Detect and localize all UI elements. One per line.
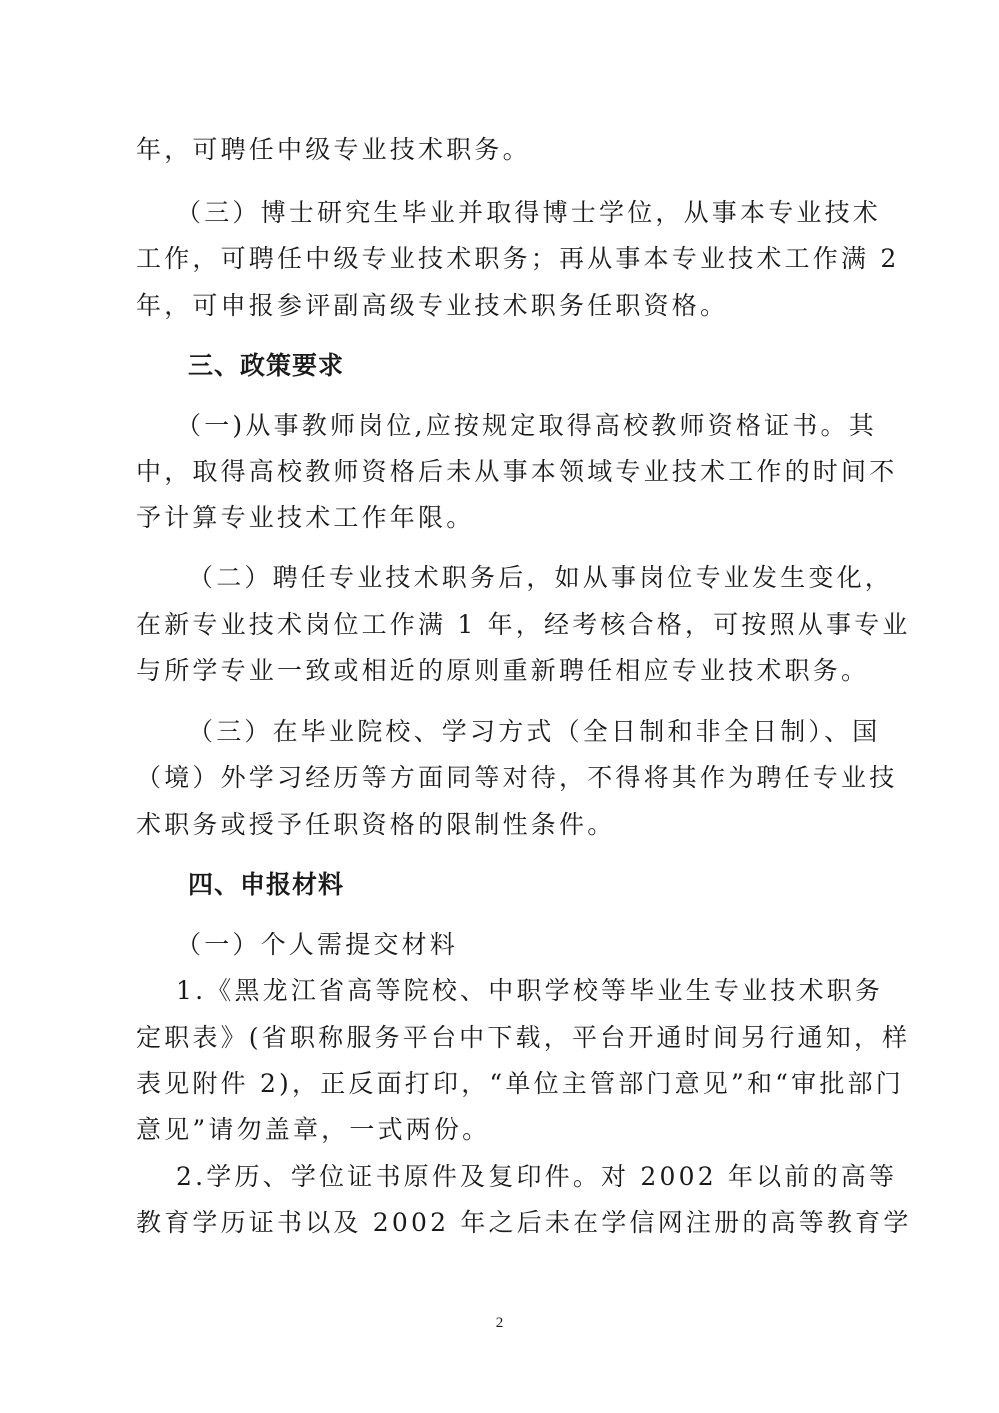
body-line: 工作，可聘任中级专业技术职务；再从事本专业技术工作满 2 bbox=[136, 243, 866, 275]
subsection-heading: （一）个人需提交材料 bbox=[176, 929, 866, 961]
body-line: 中，取得高校教师资格后未从事本领域专业技术工作的时间不 bbox=[136, 456, 866, 488]
body-line: （三）在毕业院校、学习方式（全日制和非全日制）、国 bbox=[188, 716, 866, 748]
section-heading-policy: 三、政策要求 bbox=[188, 350, 918, 382]
body-line: 年，可申报参评副高级专业技术职务任职资格。 bbox=[136, 290, 866, 322]
body-line: 定职表》(省职称服务平台中下载，平台开通时间另行通知，样 bbox=[136, 1022, 866, 1054]
body-line: （三）博士研究生毕业并取得博士学位，从事本专业技术 bbox=[176, 197, 866, 229]
body-line: 予计算专业技术工作年限。 bbox=[136, 502, 866, 534]
body-line: 与所学专业一致或相近的原则重新聘任相应专业技术职务。 bbox=[136, 655, 866, 687]
body-line: 在新专业技术岗位工作满 1 年，经考核合格，可按照从事专业 bbox=[136, 609, 866, 641]
body-line: （境）外学习经历等方面同等对待，不得将其作为聘任专业技 bbox=[136, 762, 866, 794]
body-line: 术职务或授予任职资格的限制性条件。 bbox=[136, 809, 866, 841]
body-line: 2.学历、学位证书原件及复印件。对 2002 年以前的高等 bbox=[176, 1161, 866, 1193]
body-line: 年，可聘任中级专业技术职务。 bbox=[136, 134, 866, 166]
body-line: 1.《黑龙江省高等院校、中职学校等毕业生专业技术职务 bbox=[176, 975, 866, 1007]
body-line: 教育学历证书以及 2002 年之后未在学信网注册的高等教育学 bbox=[136, 1207, 866, 1239]
body-line: （一)从事教师岗位,应按规定取得高校教师资格证书。其 bbox=[176, 410, 866, 442]
section-heading-materials: 四、申报材料 bbox=[188, 869, 918, 901]
page-number: 2 bbox=[0, 1315, 999, 1332]
body-line: （二）聘任专业技术职务后，如从事岗位专业发生变化， bbox=[188, 562, 866, 594]
body-line: 意见”请勿盖章，一式两份。 bbox=[136, 1114, 866, 1146]
body-line: 表见附件 2)，正反面打印，“单位主管部门意见”和“审批部门 bbox=[136, 1068, 866, 1100]
